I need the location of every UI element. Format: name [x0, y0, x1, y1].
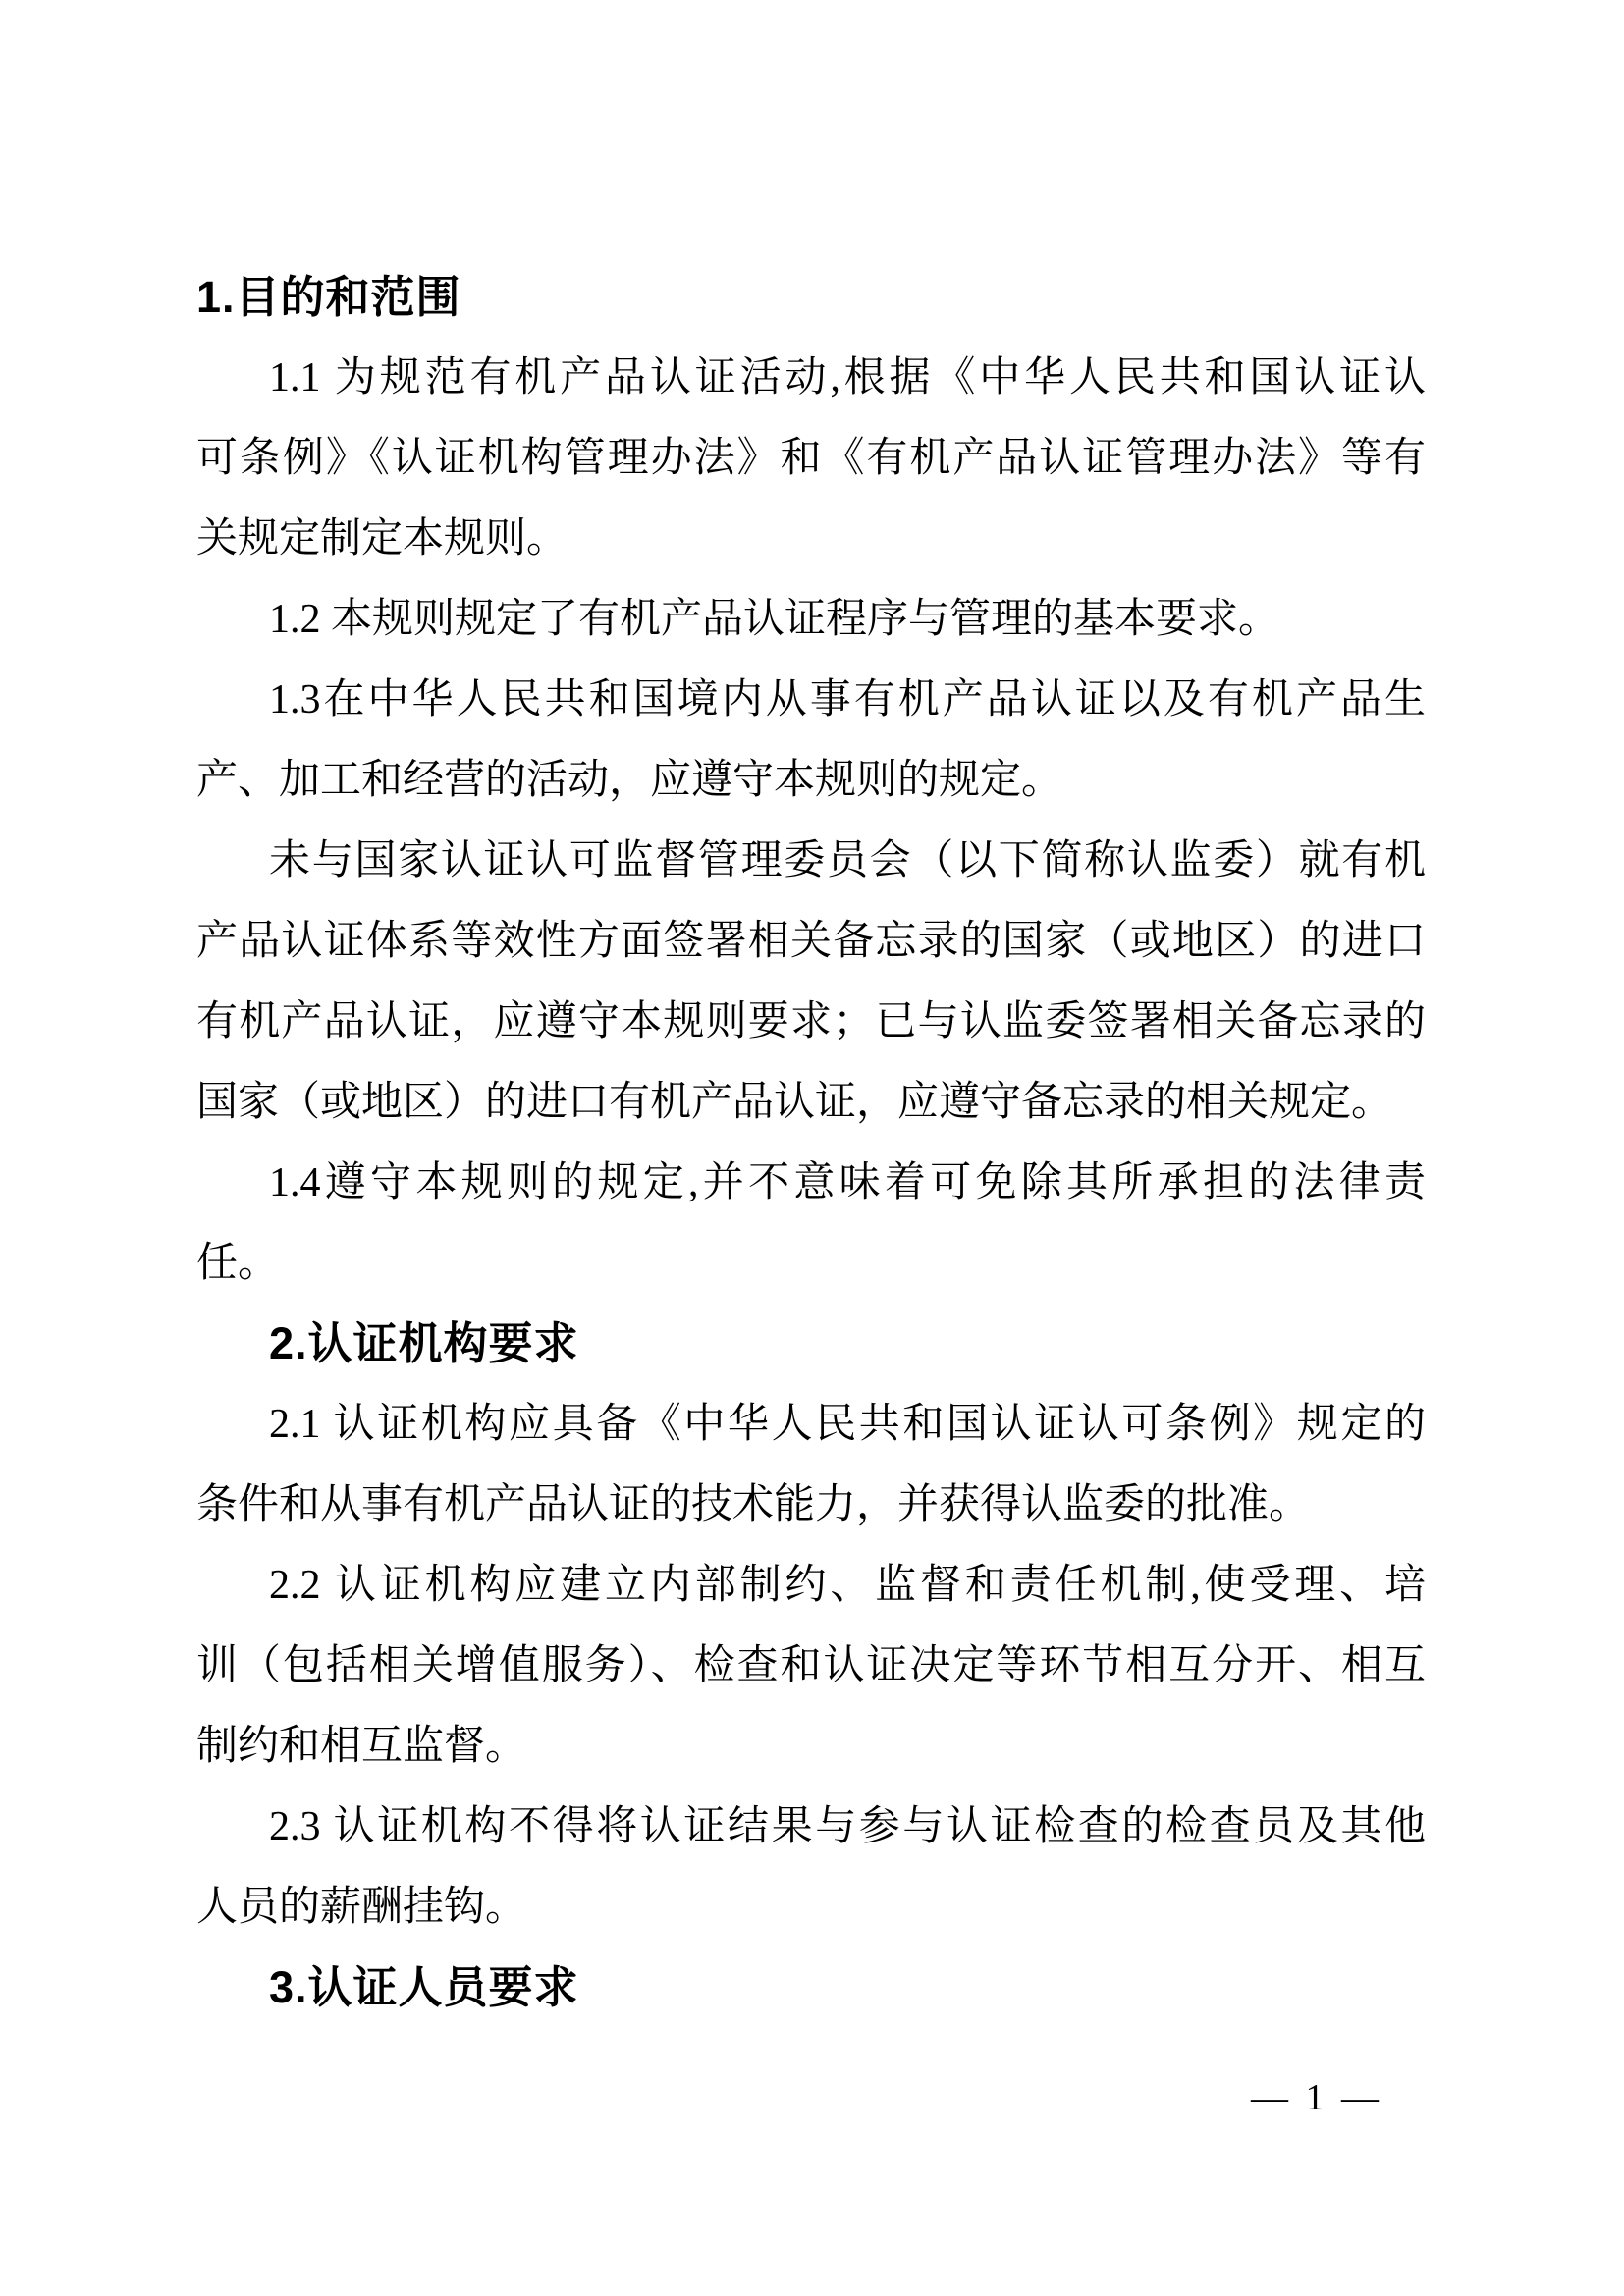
text-line: 训（包括相关增值服务）、检查和认证决定等环节相互分开、相互 [196, 1626, 1426, 1706]
section-heading: 2.认证机构要求 [196, 1304, 1426, 1384]
text-line: 有机产品认证，应遵守本规则要求；已与认监委签署相关备忘录的 [196, 982, 1426, 1062]
page-body: 1.目的和范围1.1 为规范有机产品认证活动,根据《中华人民共和国认证认可条例》… [196, 257, 1426, 2028]
text-line: 1.4遵守本规则的规定,并不意味着可免除其所承担的法律责 [196, 1143, 1426, 1223]
text-line: 国家（或地区）的进口有机产品认证，应遵守备忘录的相关规定。 [196, 1062, 1426, 1143]
text-line: 条件和从事有机产品认证的技术能力，并获得认监委的批准。 [196, 1465, 1426, 1545]
section-heading: 1.目的和范围 [196, 257, 1426, 338]
text-line: 1.1 为规范有机产品认证活动,根据《中华人民共和国认证认 [196, 338, 1426, 418]
text-line: 产品认证体系等效性方面签署相关备忘录的国家（或地区）的进口 [196, 901, 1426, 982]
text-line: 人员的薪酬挂钩。 [196, 1867, 1426, 1948]
text-line: 关规定制定本规则。 [196, 499, 1426, 579]
text-line: 2.1 认证机构应具备《中华人民共和国认证认可条例》规定的 [196, 1384, 1426, 1465]
text-line: 未与国家认证认可监督管理委员会（以下简称认监委）就有机 [196, 821, 1426, 901]
text-line: 1.2 本规则规定了有机产品认证程序与管理的基本要求。 [196, 579, 1426, 660]
text-line: 1.3在中华人民共和国境内从事有机产品认证以及有机产品生 [196, 660, 1426, 740]
text-line: 产、加工和经营的活动，应遵守本规则的规定。 [196, 740, 1426, 821]
text-line: 可条例》《认证机构管理办法》和《有机产品认证管理办法》等有 [196, 418, 1426, 499]
section-heading: 3.认证人员要求 [196, 1948, 1426, 2028]
text-line: 制约和相互监督。 [196, 1706, 1426, 1787]
text-line: 2.3 认证机构不得将认证结果与参与认证检查的检查员及其他 [196, 1787, 1426, 1867]
text-line: 任。 [196, 1223, 1426, 1304]
text-line: 2.2 认证机构应建立内部制约、监督和责任机制,使受理、培 [196, 1545, 1426, 1626]
document-page: 1.目的和范围1.1 为规范有机产品认证活动,根据《中华人民共和国认证认可条例》… [0, 0, 1624, 2296]
page-number: — 1 — [1251, 2073, 1382, 2122]
